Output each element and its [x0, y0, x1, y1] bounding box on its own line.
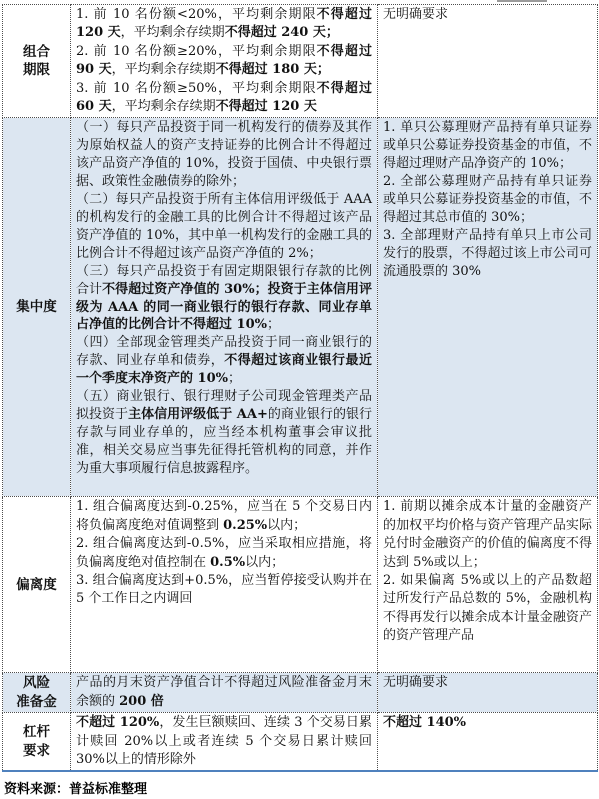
row-leverage: 杠杆要求 不超过 120%，发生巨额赎回、连续 3 个交易日累计赎回 20%以上… [3, 713, 598, 772]
risk-reserve-rule-main: 产品的月末资产净值合计不得超过风险准备金月末余额的 200 倍 [71, 673, 378, 713]
concentration-label: 集中度 [3, 118, 71, 497]
deviation-rule-compare: 1. 前期以摊余成本计量的金融资产的加权平均价格与资产管理产品实际兑付时金融资产… [378, 497, 598, 673]
top-right-artifact-line [497, 0, 547, 2]
concentration-rule-main: （一）每只产品投资于同一机构发行的债券及其作为原始权益人的资产支持证券的比例合计… [71, 118, 378, 497]
leverage-rule-compare: 不超过 140% [378, 713, 598, 772]
portfolio-duration-rule-main: 1. 前 10 名份额<20%，平均剩余期限不得超过 120 天，平均剩余存续期… [71, 5, 378, 118]
row-portfolio-duration: 组合期限 1. 前 10 名份额<20%，平均剩余期限不得超过 120 天，平均… [3, 5, 598, 118]
concentration-rule-compare: 1. 单只公募理财产品持有单只证券或单只公募证券投资基金的市值，不得超过理财产品… [378, 118, 598, 497]
deviation-rule-main: 1. 组合偏离度达到-0.25%，应当在 5 个交易日内将负偏离度绝对值调整到 … [71, 497, 378, 673]
risk-reserve-label: 风险准备金 [3, 673, 71, 713]
portfolio-duration-label: 组合期限 [3, 5, 71, 118]
row-risk-reserve: 风险准备金 产品的月末资产净值合计不得超过风险准备金月末余额的 200 倍 无明… [3, 673, 598, 713]
risk-reserve-rule-compare: 无明确要求 [378, 673, 598, 713]
leverage-rule-main: 不超过 120%，发生巨额赎回、连续 3 个交易日累计赎回 20%以上或者连续 … [71, 713, 378, 772]
regulation-comparison-table: 组合期限 1. 前 10 名份额<20%，平均剩余期限不得超过 120 天，平均… [2, 4, 598, 772]
row-concentration: 集中度 （一）每只产品投资于同一机构发行的债券及其作为原始权益人的资产支持证券的… [3, 118, 598, 497]
page: { "colors":{ "row_shade":"#dce6f1", "bot… [0, 0, 599, 799]
deviation-label: 偏离度 [3, 497, 71, 673]
source-note: 资料来源：普益标准整理 [4, 778, 147, 797]
portfolio-duration-rule-compare: 无明确要求 [378, 5, 598, 118]
leverage-label: 杠杆要求 [3, 713, 71, 772]
row-deviation: 偏离度 1. 组合偏离度达到-0.25%，应当在 5 个交易日内将负偏离度绝对值… [3, 497, 598, 673]
